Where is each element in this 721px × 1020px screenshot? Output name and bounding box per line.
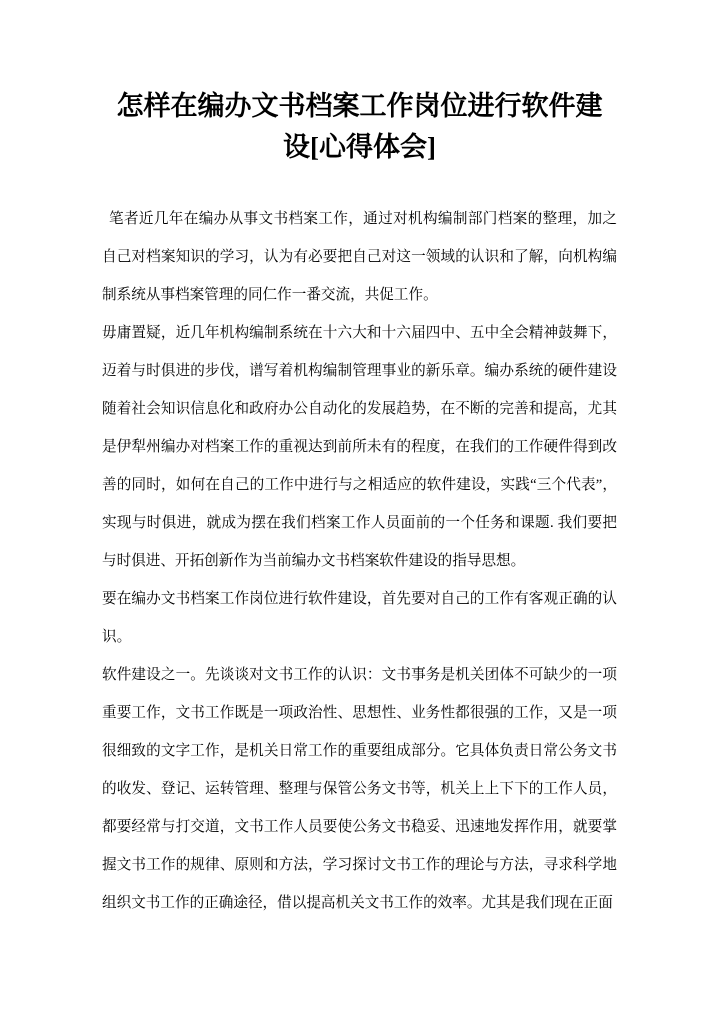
paragraph-premise: 要在编办文书档案工作岗位进行软件建设，首先要对自己的工作有客观正确的认识。 bbox=[102, 580, 617, 656]
title-line-1: 怎样在编办文书档案工作岗位进行软件建 bbox=[102, 86, 617, 127]
title-line-2: 设[心得体会] bbox=[102, 127, 617, 168]
paragraph-intro: 笔者近几年在编办从事文书档案工作，通过对机构编制部门档案的整理，加之自己对档案知… bbox=[102, 200, 617, 314]
document-title: 怎样在编办文书档案工作岗位进行软件建 设[心得体会] bbox=[0, 0, 721, 168]
document-body: 笔者近几年在编办从事文书档案工作，通过对机构编制部门档案的整理，加之自己对档案知… bbox=[0, 168, 721, 922]
paragraph-software-point-one: 软件建设之一。先谈谈对文书工作的认识：文书事务是机关团体不可缺少的一项重要工作，… bbox=[102, 656, 617, 922]
paragraph-background: 毋庸置疑，近几年机构编制系统在十六大和十六届四中、五中全会精神鼓舞下，迈着与时俱… bbox=[102, 314, 617, 580]
document-page: 怎样在编办文书档案工作岗位进行软件建 设[心得体会] 笔者近几年在编办从事文书档… bbox=[0, 0, 721, 1020]
